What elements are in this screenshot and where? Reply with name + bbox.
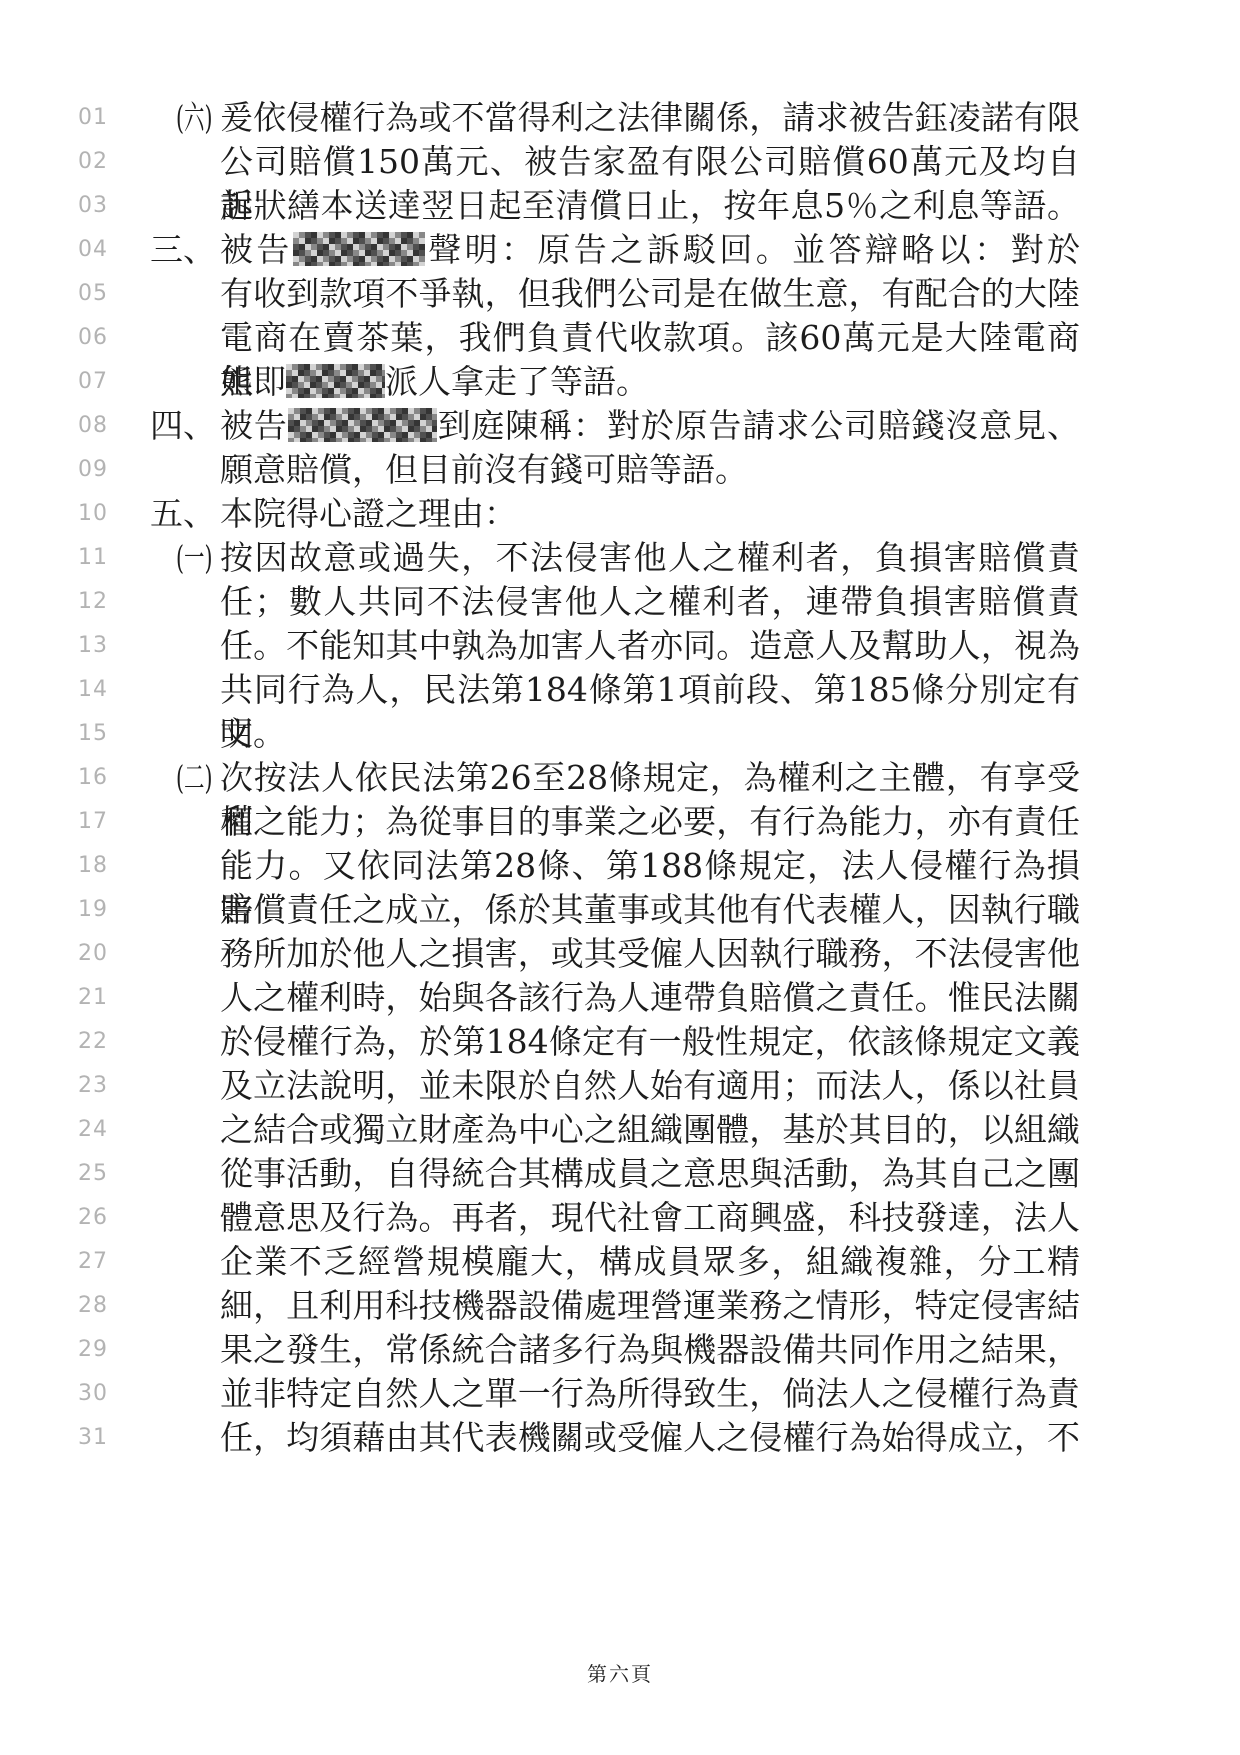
document-line: 15 文。 bbox=[0, 712, 1240, 756]
line-number: 04 bbox=[78, 237, 122, 262]
document-lines: 01 (六) 爰依侵權行為或不當得利之法律關係，請求被告鈺凌諾有限 02 公司賠… bbox=[0, 96, 1240, 1460]
line-text: 果之發生，常係統合諸多行為與機器設備共同作用之結果， bbox=[220, 1328, 1080, 1372]
document-line: 10 五、 本院得心證之理由： bbox=[0, 492, 1240, 536]
document-line: 07 姐即派人拿走了等語。 bbox=[0, 360, 1240, 404]
line-number: 16 bbox=[78, 765, 122, 790]
line-number: 18 bbox=[78, 853, 122, 878]
line-text: 願意賠償，但目前沒有錢可賠等語。 bbox=[220, 448, 1080, 492]
document-line: 30 並非特定自然人之單一行為所得致生，倘法人之侵權行為責 bbox=[0, 1372, 1240, 1416]
line-number: 17 bbox=[78, 809, 122, 834]
document-page: 01 (六) 爰依侵權行為或不當得利之法律關係，請求被告鈺凌諾有限 02 公司賠… bbox=[0, 0, 1240, 1755]
document-line: 02 公司賠償150萬元、被告家盈有限公司賠償60萬元及均自起 bbox=[0, 140, 1240, 184]
line-number: 13 bbox=[78, 633, 122, 658]
document-line: 17 利之能力；為從事目的事業之必要，有行為能力，亦有責任 bbox=[0, 800, 1240, 844]
document-line: 14 共同行為人，民法第184條第1項前段、第185條分別定有明 bbox=[0, 668, 1240, 712]
document-line: 28 細，且利用科技機器設備處理營運業務之情形，特定侵害結 bbox=[0, 1284, 1240, 1328]
document-line: 21 人之權利時，始與各該行為人連帶負賠償之責任。惟民法關 bbox=[0, 976, 1240, 1020]
line-text: 從事活動，自得統合其構成員之意思與活動，為其自己之團 bbox=[220, 1152, 1080, 1196]
document-line: 24 之結合或獨立財產為中心之組織團體，基於其目的，以組織 bbox=[0, 1108, 1240, 1152]
line-number: 29 bbox=[78, 1337, 122, 1362]
line-text: 被告聲明：原告之訴駁回。並答辯略以：對於 bbox=[220, 228, 1080, 272]
line-text: 姐即派人拿走了等語。 bbox=[220, 360, 1080, 404]
document-line: 08 四、 被告到庭陳稱：對於原告請求公司賠錢沒意見、 bbox=[0, 404, 1240, 448]
document-line: 18 能力。又依同法第28條、第188條規定，法人侵權行為損害 bbox=[0, 844, 1240, 888]
list-marker: (一) bbox=[176, 536, 212, 580]
line-text: 按因故意或過失，不法侵害他人之權利者，負損害賠償責 bbox=[220, 536, 1080, 580]
line-text: 及立法說明，並未限於自然人始有適用；而法人，係以社員 bbox=[220, 1064, 1080, 1108]
line-number: 23 bbox=[78, 1073, 122, 1098]
line-number: 26 bbox=[78, 1205, 122, 1230]
line-text: 任。不能知其中孰為加害人者亦同。造意人及幫助人，視為 bbox=[220, 624, 1080, 668]
line-number: 28 bbox=[78, 1293, 122, 1318]
line-text: 體意思及行為。再者，現代社會工商興盛，科技發達，法人 bbox=[220, 1196, 1080, 1240]
list-marker: (六) bbox=[176, 96, 212, 140]
line-number: 06 bbox=[78, 325, 122, 350]
line-number: 27 bbox=[78, 1249, 122, 1274]
document-line: 20 務所加於他人之損害，或其受僱人因執行職務，不法侵害他 bbox=[0, 932, 1240, 976]
line-text: 任，均須藉由其代表機關或受僱人之侵權行為始得成立，不 bbox=[220, 1416, 1080, 1460]
line-text: 細，且利用科技機器設備處理營運業務之情形，特定侵害結 bbox=[220, 1284, 1080, 1328]
line-text: 並非特定自然人之單一行為所得致生，倘法人之侵權行為責 bbox=[220, 1372, 1080, 1416]
line-text: 文。 bbox=[220, 712, 1080, 756]
line-number: 14 bbox=[78, 677, 122, 702]
line-number: 19 bbox=[78, 897, 122, 922]
line-text: 有收到款項不爭執，但我們公司是在做生意，有配合的大陸 bbox=[220, 272, 1080, 316]
line-number: 30 bbox=[78, 1381, 122, 1406]
line-number: 08 bbox=[78, 413, 122, 438]
line-text: 人之權利時，始與各該行為人連帶負賠償之責任。惟民法關 bbox=[220, 976, 1080, 1020]
page-number: 第六頁 bbox=[0, 1658, 1240, 1687]
line-number: 22 bbox=[78, 1029, 122, 1054]
document-line: 12 任；數人共同不法侵害他人之權利者，連帶負損害賠償責 bbox=[0, 580, 1240, 624]
document-line: 16 (二) 次按法人依民法第26至28條規定，為權利之主體，有享受權 bbox=[0, 756, 1240, 800]
line-text: 本院得心證之理由： bbox=[220, 492, 1080, 536]
line-number: 12 bbox=[78, 589, 122, 614]
redacted-text bbox=[293, 232, 425, 266]
line-number: 05 bbox=[78, 281, 122, 306]
line-number: 21 bbox=[78, 985, 122, 1010]
document-line: 11 (一) 按因故意或過失，不法侵害他人之權利者，負損害賠償責 bbox=[0, 536, 1240, 580]
document-line: 03 訴狀繕本送達翌日起至清償日止，按年息5％之利息等語。 bbox=[0, 184, 1240, 228]
line-text: 於侵權行為，於第184條定有一般性規定，依該條規定文義 bbox=[220, 1020, 1080, 1064]
document-line: 05 有收到款項不爭執，但我們公司是在做生意，有配合的大陸 bbox=[0, 272, 1240, 316]
line-number: 31 bbox=[78, 1425, 122, 1450]
line-number: 15 bbox=[78, 721, 122, 746]
line-number: 25 bbox=[78, 1161, 122, 1186]
list-marker: 三、 bbox=[150, 228, 216, 272]
document-line: 27 企業不乏經營規模龐大，構成員眾多，組織複雜，分工精 bbox=[0, 1240, 1240, 1284]
document-line: 09 願意賠償，但目前沒有錢可賠等語。 bbox=[0, 448, 1240, 492]
redacted-text bbox=[286, 364, 385, 398]
list-marker: 四、 bbox=[150, 404, 216, 448]
line-number: 11 bbox=[78, 545, 122, 570]
line-text: 企業不乏經營規模龐大，構成員眾多，組織複雜，分工精 bbox=[220, 1240, 1080, 1284]
document-line: 23 及立法說明，並未限於自然人始有適用；而法人，係以社員 bbox=[0, 1064, 1240, 1108]
document-line: 01 (六) 爰依侵權行為或不當得利之法律關係，請求被告鈺凌諾有限 bbox=[0, 96, 1240, 140]
redacted-text bbox=[288, 408, 437, 442]
document-line: 19 賠償責任之成立，係於其董事或其他有代表權人，因執行職 bbox=[0, 888, 1240, 932]
line-number: 01 bbox=[78, 105, 122, 130]
line-text: 任；數人共同不法侵害他人之權利者，連帶負損害賠償責 bbox=[220, 580, 1080, 624]
line-number: 09 bbox=[78, 457, 122, 482]
line-text: 訴狀繕本送達翌日起至清償日止，按年息5％之利息等語。 bbox=[220, 184, 1080, 228]
document-line: 04 三、 被告聲明：原告之訴駁回。並答辯略以：對於 bbox=[0, 228, 1240, 272]
list-marker: 五、 bbox=[150, 492, 216, 536]
line-number: 03 bbox=[78, 193, 122, 218]
document-line: 13 任。不能知其中孰為加害人者亦同。造意人及幫助人，視為 bbox=[0, 624, 1240, 668]
line-number: 10 bbox=[78, 501, 122, 526]
document-line: 06 電商在賣茶葉，我們負責代收款項。該60萬元是大陸電商熊 bbox=[0, 316, 1240, 360]
line-text: 利之能力；為從事目的事業之必要，有行為能力，亦有責任 bbox=[220, 800, 1080, 844]
document-line: 29 果之發生，常係統合諸多行為與機器設備共同作用之結果， bbox=[0, 1328, 1240, 1372]
line-text: 爰依侵權行為或不當得利之法律關係，請求被告鈺凌諾有限 bbox=[220, 96, 1080, 140]
document-line: 26 體意思及行為。再者，現代社會工商興盛，科技發達，法人 bbox=[0, 1196, 1240, 1240]
line-number: 07 bbox=[78, 369, 122, 394]
line-text: 被告到庭陳稱：對於原告請求公司賠錢沒意見、 bbox=[220, 404, 1080, 448]
line-text: 務所加於他人之損害，或其受僱人因執行職務，不法侵害他 bbox=[220, 932, 1080, 976]
line-number: 24 bbox=[78, 1117, 122, 1142]
line-text: 賠償責任之成立，係於其董事或其他有代表權人，因執行職 bbox=[220, 888, 1080, 932]
line-number: 02 bbox=[78, 149, 122, 174]
list-marker: (二) bbox=[176, 756, 212, 800]
document-line: 25 從事活動，自得統合其構成員之意思與活動，為其自己之團 bbox=[0, 1152, 1240, 1196]
line-text: 之結合或獨立財產為中心之組織團體，基於其目的，以組織 bbox=[220, 1108, 1080, 1152]
document-line: 31 任，均須藉由其代表機關或受僱人之侵權行為始得成立，不 bbox=[0, 1416, 1240, 1460]
document-line: 22 於侵權行為，於第184條定有一般性規定，依該條規定文義 bbox=[0, 1020, 1240, 1064]
line-number: 20 bbox=[78, 941, 122, 966]
